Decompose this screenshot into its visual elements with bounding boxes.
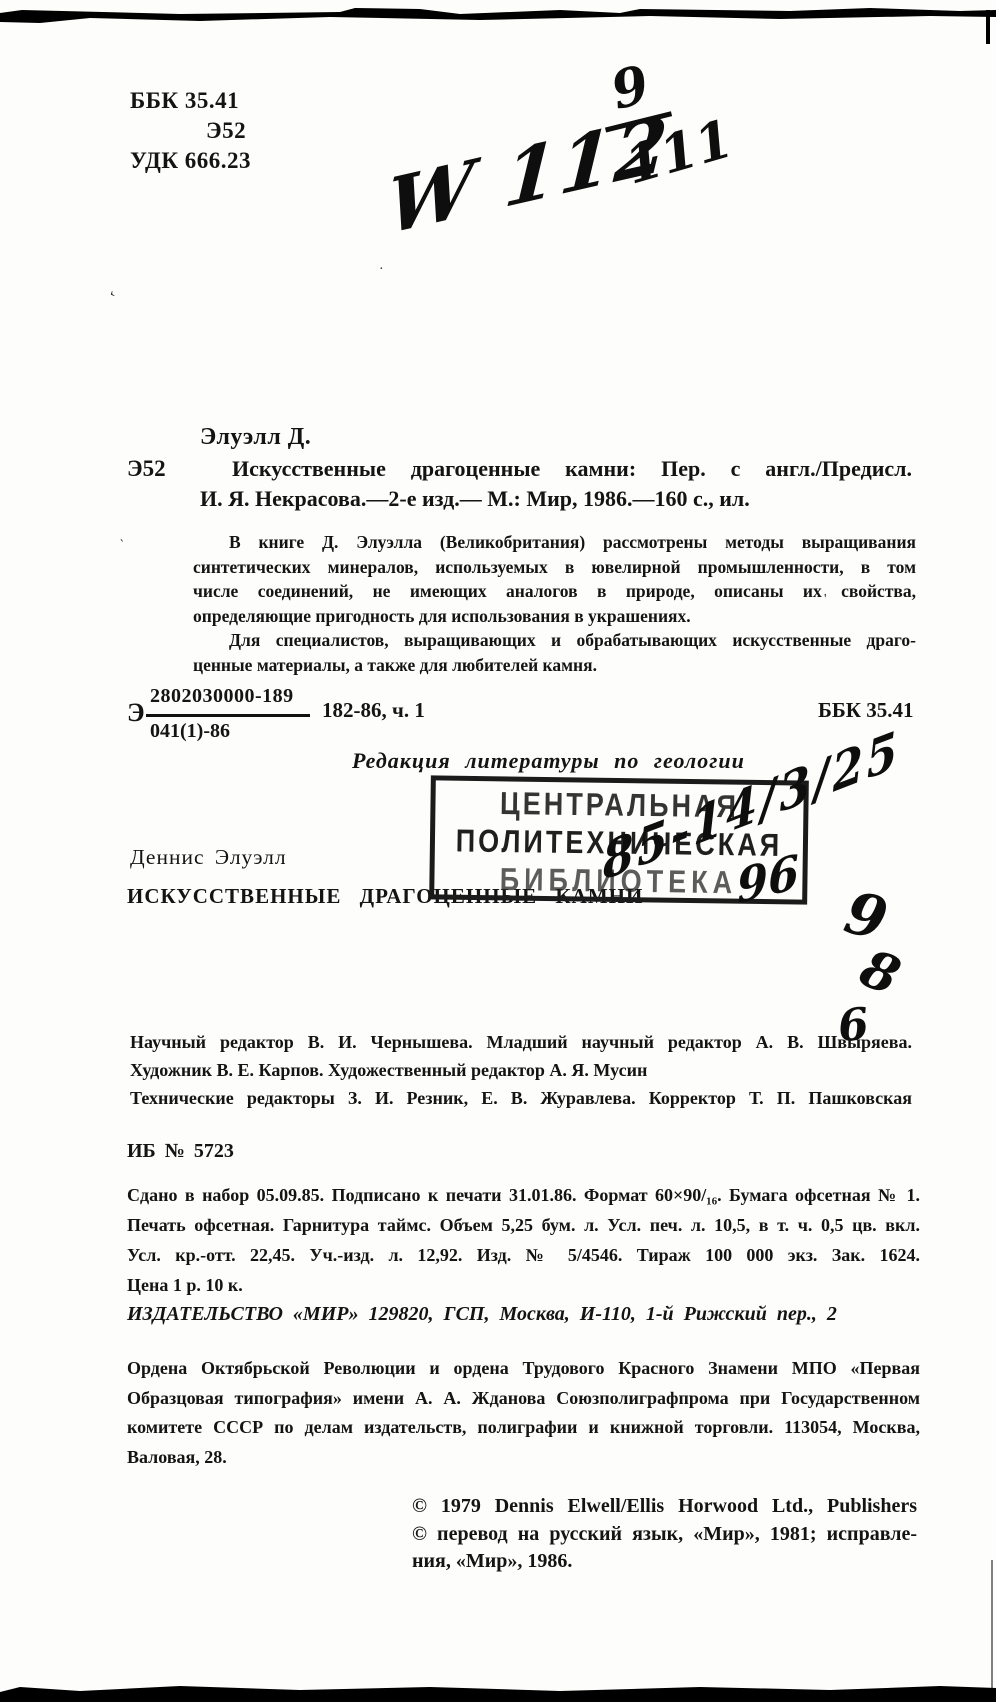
scan-edge-bottom <box>0 1684 996 1702</box>
annotation-paragraph-2: Для специалистов, выращивающих и обрабат… <box>193 628 916 677</box>
entry-imprint-line: И. Я. Некрасова.—2-е изд.— М.: Мир, 1986… <box>200 486 750 512</box>
print-production-info: Сдано в набор 05.09.85. Подписано к печа… <box>127 1180 920 1300</box>
annotation-paragraph-1: В книге Д. Элуэлла (Великобритания) расс… <box>193 530 916 628</box>
text-line: Валовая, 28. <box>127 1443 920 1473</box>
text-line: Образцовая типография» имени А. А. Ждано… <box>127 1384 920 1414</box>
bbk-code-right: ББК 35.41 <box>818 698 914 723</box>
text-line: синтетических минералов, используемых в … <box>193 555 916 580</box>
text-line: Сдано в набор 05.09.85. Подписано к печа… <box>127 1180 920 1210</box>
text-line: Цена 1 р. 10 к. <box>127 1270 920 1300</box>
formula-fraction-rule <box>146 714 310 717</box>
editorial-credits: Научный редактор В. И. Чернышева. Младши… <box>130 1028 912 1112</box>
text-line: Усл. кр.-отт. 22,45. Уч.-изд. л. 12,92. … <box>127 1240 920 1270</box>
book-author-name: Деннис Элуэлл <box>130 845 287 870</box>
entry-title-line: Искусственные драгоценные камни: Пер. с … <box>232 456 912 482</box>
text-line: числе соединений, не имеющих аналогов в … <box>193 579 916 604</box>
text-line: В книге Д. Элуэлла (Великобритания) расс… <box>193 530 916 555</box>
formula-prefix: Э <box>127 698 145 728</box>
editorial-heading: Редакция литературы по геологии <box>352 748 745 774</box>
entry-author: Элуэлл Д. <box>200 424 311 451</box>
scan-edge-top <box>0 8 996 28</box>
classification-codes: ББК 35.41 Э52 УДК 666.23 <box>130 86 251 176</box>
scan-speck: ' <box>824 592 827 608</box>
formula-numerator: 2802030000-189 <box>150 685 294 708</box>
copyright-line: © 1979 Dennis Elwell/Ellis Horwood Ltd.,… <box>412 1493 917 1521</box>
handwritten-shelf-mark: W 112 9 111 <box>379 67 717 275</box>
text-line: Художник В. Е. Карпов. Художественный ре… <box>130 1056 912 1084</box>
copyright-line: ния, «Мир», 1986. <box>412 1548 917 1576</box>
text-line: ценные материалы, а также для любителей … <box>193 653 916 678</box>
text-line: Научный редактор В. И. Чернышева. Младши… <box>130 1028 912 1056</box>
printing-house-info: Ордена Октябрьской Революции и ордена Тр… <box>127 1354 920 1472</box>
copyright-block: © 1979 Dennis Elwell/Ellis Horwood Ltd.,… <box>412 1493 917 1576</box>
scan-speck: · <box>379 262 384 278</box>
text-line: Печать офсетная. Гарнитура таймс. Объем … <box>127 1210 920 1240</box>
scan-speck: ‹ <box>107 286 118 302</box>
scanned-book-imprint-page: ‹ ` · ' ББК 35.41 Э52 УДК 666.23 W 112 9… <box>0 0 996 1702</box>
scan-edge-right-line <box>991 1560 993 1692</box>
udk-code: УДК 666.23 <box>130 146 251 176</box>
text-line: Технические редакторы З. И. Резник, Е. В… <box>130 1084 912 1112</box>
bbk-code: ББК 35.41 <box>130 86 251 116</box>
text-line: Для специалистов, выращивающих и обрабат… <box>193 628 916 653</box>
publisher-address: ИЗДАТЕЛЬСТВО «МИР» 129820, ГСП, Москва, … <box>127 1303 837 1326</box>
bbk-author-code: Э52 <box>130 116 251 146</box>
ib-number: ИБ № 5723 <box>127 1140 234 1163</box>
copyright-line: © перевод на русский язык, «Мир», 1981; … <box>412 1521 917 1549</box>
scan-speck: ` <box>116 538 125 555</box>
formula-denominator: 041(1)-86 <box>150 720 230 743</box>
entry-author-code: Э52 <box>127 456 166 482</box>
text-line: определяющие пригодность для использован… <box>193 604 916 629</box>
text-line: Ордена Октябрьской Революции и ордена Тр… <box>127 1354 920 1384</box>
text-line: комитете СССР по делам издательств, поли… <box>127 1413 920 1443</box>
formula-tail: 182-86, ч. 1 <box>322 698 425 723</box>
